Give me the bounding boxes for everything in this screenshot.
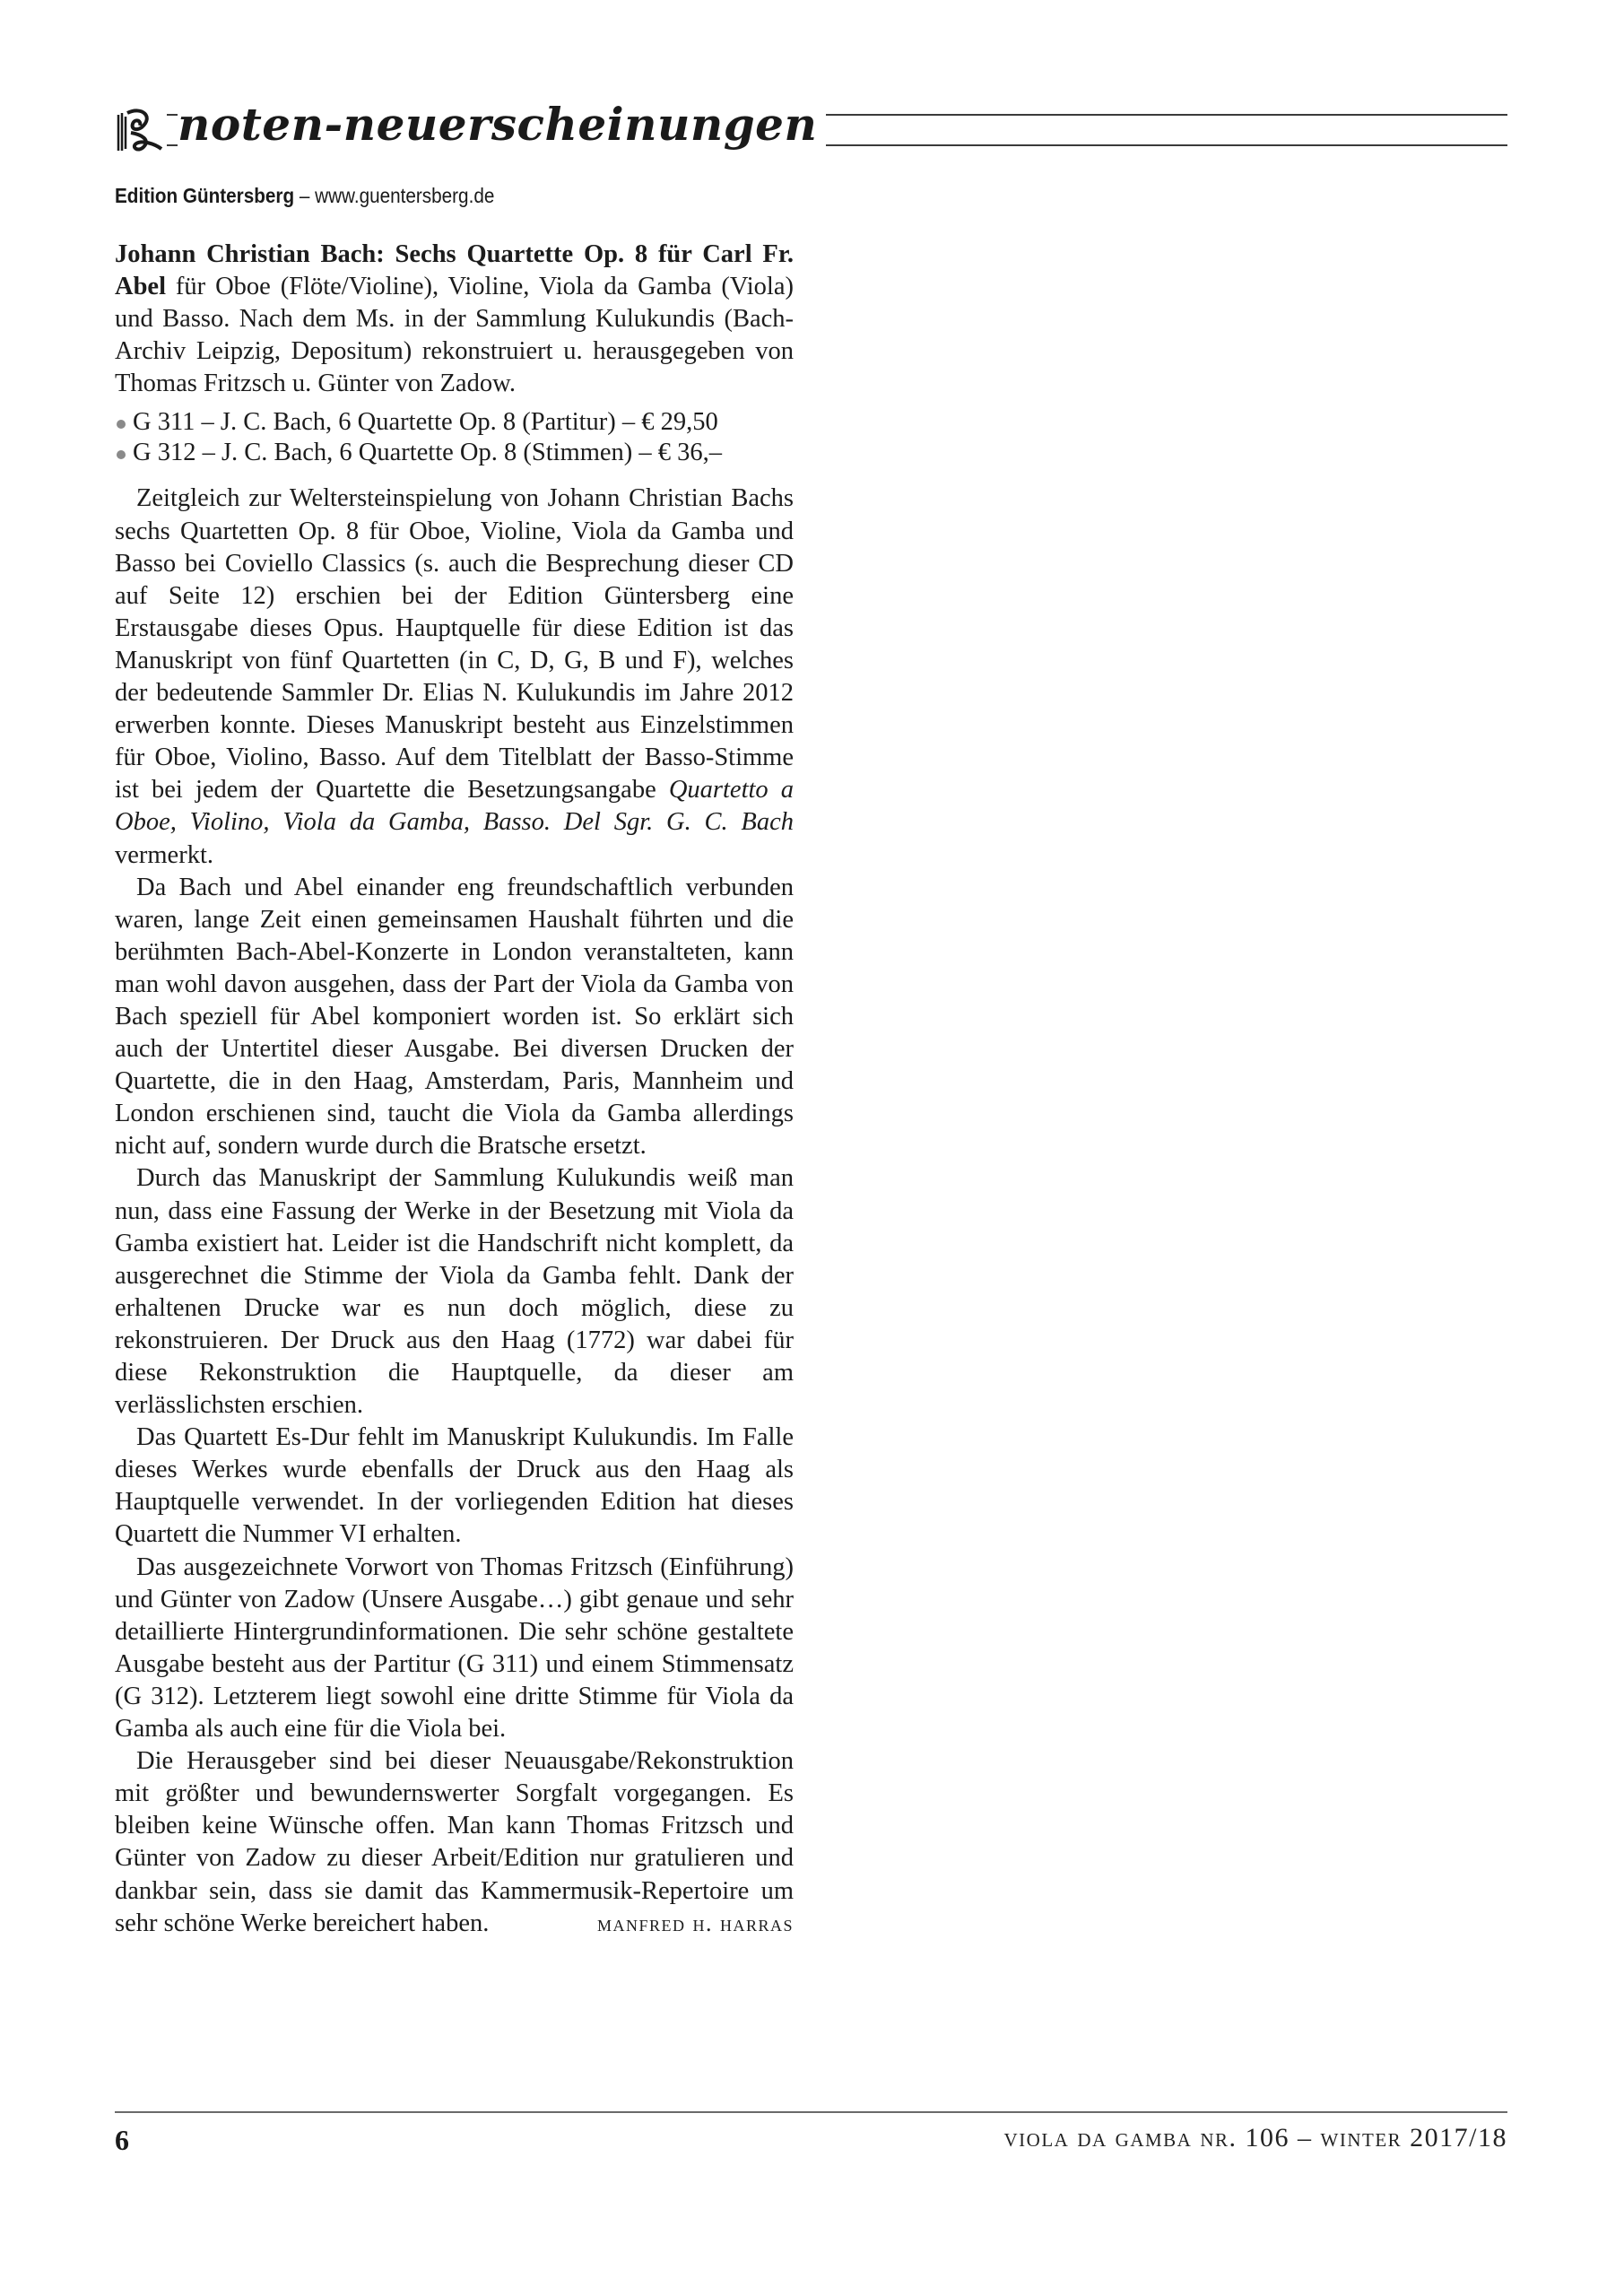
body-paragraph-final: Die Herausgeber sind bei dieser Neuausga… <box>115 1745 794 1940</box>
publisher-url: www.guentersberg.de <box>315 184 494 207</box>
bullet-icon <box>117 450 126 459</box>
article-column: Johann Christian Bach: Sechs Quartette O… <box>115 239 794 1940</box>
body-paragraph: Da Bach und Abel einander eng freundscha… <box>115 872 794 1163</box>
publisher-separator: – <box>294 184 315 207</box>
body-paragraph: Zeitgleich zur Weltersteinspielung von J… <box>115 483 794 871</box>
publication-title: Viola da Gamba Nr. 106 – Winter 2017/18 <box>1004 2122 1507 2154</box>
product-list: G 311 – J. C. Bach, 6 Quartette Op. 8 (P… <box>115 407 794 468</box>
music-clef-logo-icon <box>115 108 167 152</box>
publisher-name: Edition Güntersberg <box>115 184 294 207</box>
product-item: G 311 – J. C. Bach, 6 Quartette Op. 8 (P… <box>115 407 794 438</box>
section-title: noten-neuerscheinungen <box>178 99 826 151</box>
body-paragraph: Das ausgezeichnete Vorwort von Thomas Fr… <box>115 1552 794 1746</box>
page-number: 6 <box>115 2124 129 2156</box>
author-signature: Manfred H. Harras <box>576 1908 794 1940</box>
footer-rule <box>115 2111 1507 2113</box>
bullet-icon <box>117 420 126 429</box>
article-heading: Johann Christian Bach: Sechs Quartette O… <box>115 239 794 400</box>
body-paragraph: Das Quartett Es-Dur fehlt im Manuskript … <box>115 1422 794 1551</box>
product-item: G 312 – J. C. Bach, 6 Quartette Op. 8 (S… <box>115 438 794 468</box>
article-subtitle: für Oboe (Flöte/Violine), Violine, Viola… <box>115 273 794 397</box>
body-paragraph: Durch das Manuskript der Sammlung Kuluku… <box>115 1162 794 1422</box>
publisher-line: Edition Güntersberg – www.guentersberg.d… <box>115 182 494 209</box>
section-header: noten-neuerscheinungen <box>115 106 1507 152</box>
